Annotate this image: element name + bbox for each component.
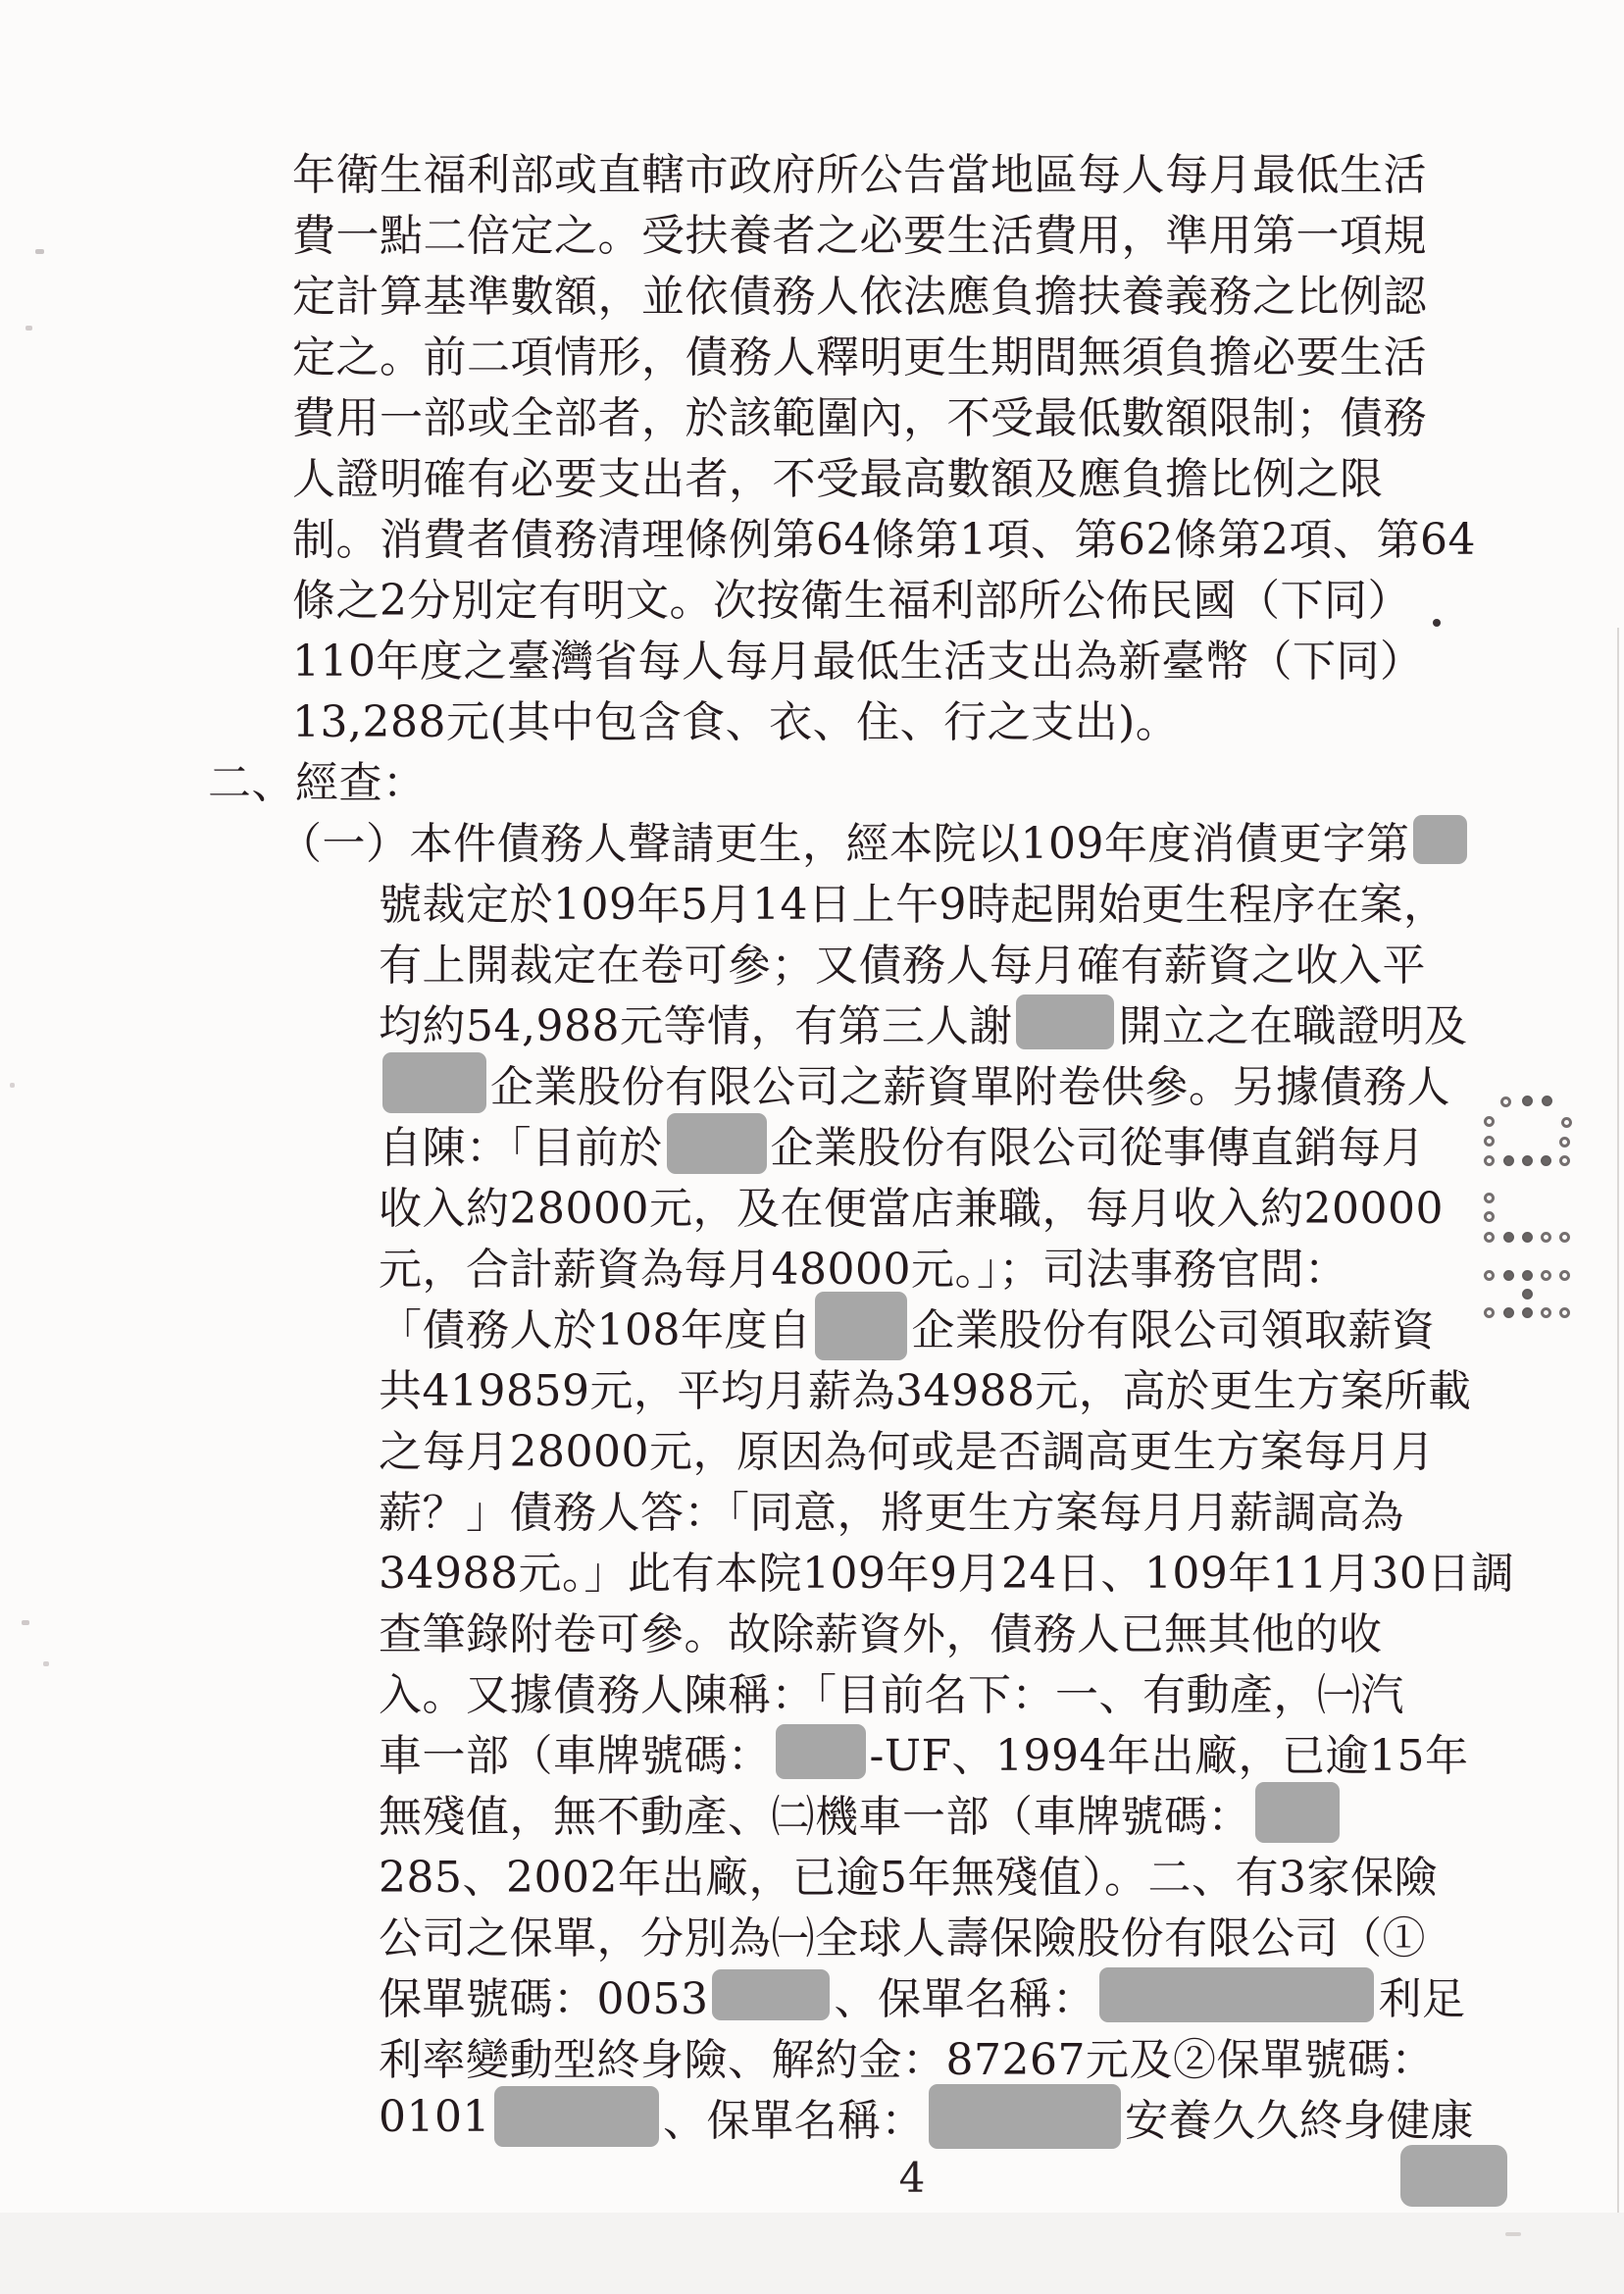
redaction-box <box>1413 815 1467 864</box>
redaction-box <box>929 2084 1121 2149</box>
text-run: 年衛生福利部或直轄市政府所公告當地區每人每月最低生活 <box>292 139 1427 202</box>
stamp-dot <box>1503 1155 1514 1166</box>
noise-speck <box>1505 2232 1521 2236</box>
document-line: 薪？」債務人答：「同意，將更生方案每月月薪調高為 <box>379 1478 1404 1539</box>
stamp-dot <box>1503 1270 1514 1281</box>
stamp-dot <box>1484 1193 1495 1203</box>
text-run: 二、經查： <box>208 747 427 810</box>
stamp-dot <box>1484 1307 1495 1318</box>
stamp-dot <box>1503 1307 1514 1318</box>
text-run: 查筆錄附卷可參。故除薪資外，債務人已無其他的收 <box>379 1599 1383 1661</box>
text-run: 保單號碼：0053 <box>379 1963 708 2026</box>
text-run: 定計算基準數額，並依債務人依法應負擔扶養義務之比例認 <box>292 261 1427 324</box>
text-run: 110年度之臺灣省每人每月最低生活支出為新臺幣（下同） <box>292 626 1423 688</box>
stamp-dot <box>1559 1270 1570 1281</box>
text-run: 制。消費者債務清理條例第64條第1項、第62條第2項、第64 <box>292 504 1476 567</box>
stamp-dot <box>1541 1270 1551 1281</box>
document-line: 13,288元(其中包含食、衣、住、行之支出)。 <box>292 688 1179 748</box>
noise-speck <box>25 326 32 331</box>
text-run: 開立之在職證明及 <box>1118 991 1467 1053</box>
document-line: 企業股份有限公司之薪資單附卷供參。另據債務人 <box>379 1052 1450 1113</box>
text-run: 薪？」債務人答：「同意，將更生方案每月月薪調高為 <box>379 1477 1404 1540</box>
document-line: 收入約28000元，及在便當店兼職，每月收入約20000 <box>379 1174 1444 1235</box>
stamp-dot <box>1484 1211 1495 1222</box>
redaction-box <box>1400 2145 1507 2207</box>
document-line: 利率變動型終身險、解約金：87267元及②保單號碼： <box>379 2025 1435 2086</box>
text-run: 13,288元(其中包含食、衣、住、行之支出)。 <box>292 687 1179 749</box>
redaction-box <box>712 1969 830 2020</box>
page-number: 4 <box>853 2154 971 2202</box>
text-run: 利足 <box>1378 1963 1465 2026</box>
text-run: 安養久久終身健康 <box>1125 2085 1474 2148</box>
stamp-dot <box>1484 1155 1495 1166</box>
text-run: 均約54,988元等情，有第三人謝 <box>379 991 1012 1053</box>
text-run: 企業股份有限公司之薪資單附卷供參。另據債務人 <box>490 1051 1450 1114</box>
document-line: 0101、保單名稱：安養久久終身健康 <box>379 2086 1474 2147</box>
text-run: 人證明確有必要支出者，不受最高數額及應負擔比例之限 <box>292 443 1384 506</box>
redaction-box <box>1099 1967 1374 2022</box>
noise-speck <box>22 1620 29 1625</box>
document-line: 共419859元，平均月薪為34988元，高於更生方案所載 <box>379 1356 1471 1417</box>
stamp-dot <box>1559 1232 1570 1243</box>
stamp-dot <box>1559 1137 1570 1147</box>
text-run: 車一部（車牌號碼： <box>379 1720 772 1783</box>
document-line: 有上開裁定在卷可參；又債務人每月確有薪資之收入平 <box>379 931 1426 992</box>
text-run: -UF、1994年出廠，已逾15年 <box>870 1720 1469 1783</box>
document-line: 之每月28000元，原因為何或是否調高更生方案每月月 <box>379 1417 1435 1478</box>
text-run: 元，合計薪資為每月48000元。」；司法事務官問： <box>379 1234 1347 1297</box>
redaction-box <box>1255 1782 1340 1843</box>
stamp-dot <box>1541 1155 1551 1166</box>
text-run: 利率變動型終身險、解約金：87267元及②保單號碼： <box>379 2024 1435 2087</box>
redaction-box <box>776 1724 866 1779</box>
stamp-dot <box>1522 1307 1533 1318</box>
document-line: 「債務人於108年度自企業股份有限公司領取薪資 <box>379 1296 1435 1356</box>
document-line: 入。又據債務人陳稱：「目前名下：一、有動產，㈠汽 <box>379 1660 1404 1721</box>
document-line: 二、經查： <box>208 748 427 809</box>
stamp-dot <box>1542 1096 1552 1106</box>
redaction-box <box>1016 994 1114 1049</box>
noise-speck <box>43 1661 49 1666</box>
document-line: 無殘值，無不動產、㈡機車一部（車牌號碼： <box>379 1782 1344 1843</box>
stamp-dot <box>1484 1232 1495 1243</box>
noise-speck <box>10 1083 15 1088</box>
stamp-dot <box>1522 1232 1533 1243</box>
text-run: 、保單名稱： <box>663 2085 925 2148</box>
stamp-dot <box>1559 1307 1570 1318</box>
document-line: 保單號碼：0053、保單名稱：利足 <box>379 1964 1465 2025</box>
document-line: 110年度之臺灣省每人每月最低生活支出為新臺幣（下同） <box>292 627 1423 688</box>
stamp-dot <box>1484 1270 1495 1281</box>
scan-edge-line <box>1617 628 1619 2294</box>
text-run: 34988元。」此有本院109年9月24日、109年11月30日調 <box>379 1538 1514 1601</box>
text-run: 企業股份有限公司領取薪資 <box>911 1295 1435 1357</box>
stamp-dot <box>1522 1096 1533 1106</box>
scanned-court-document-page: 4 年衛生福利部或直轄市政府所公告當地區每人每月最低生活費一點二倍定之。受扶養者… <box>0 0 1624 2294</box>
document-line: 元，合計薪資為每月48000元。」；司法事務官問： <box>379 1235 1347 1296</box>
text-run: 之每月28000元，原因為何或是否調高更生方案每月月 <box>379 1416 1435 1479</box>
redaction-box <box>667 1113 767 1174</box>
text-run: 收入約28000元，及在便當店兼職，每月收入約20000 <box>379 1173 1444 1236</box>
text-run: 0101 <box>379 2092 490 2142</box>
stamp-dot <box>1559 1155 1570 1166</box>
text-run: （一）本件債務人聲請更生，經本院以109年度消債更字第 <box>279 808 1409 871</box>
text-run: 定之。前二項情形，債務人釋明更生期間無須負擔必要生活 <box>292 322 1427 384</box>
document-line: 定計算基準數額，並依債務人依法應負擔扶養義務之比例認 <box>292 262 1427 323</box>
redaction-box <box>815 1292 907 1360</box>
text-run: 共419859元，平均月薪為34988元，高於更生方案所載 <box>379 1355 1471 1418</box>
text-run: 企業股份有限公司從事傳直銷每月 <box>771 1112 1426 1175</box>
document-line: 查筆錄附卷可參。故除薪資外，債務人已無其他的收 <box>379 1600 1383 1660</box>
noise-speck <box>1433 619 1441 627</box>
text-run: 自陳：「目前於 <box>379 1112 663 1175</box>
text-run: 費一點二倍定之。受扶養者之必要生活費用，準用第一項規 <box>292 200 1427 263</box>
text-run: 入。又據債務人陳稱：「目前名下：一、有動產，㈠汽 <box>379 1659 1404 1722</box>
scan-bottom-shade <box>0 2213 1624 2294</box>
stamp-dot <box>1500 1096 1511 1107</box>
document-line: 自陳：「目前於企業股份有限公司從事傳直銷每月 <box>379 1113 1425 1174</box>
text-run: 「債務人於108年度自 <box>379 1295 811 1357</box>
text-run: 費用一部或全部者，於該範圍內，不受最低數額限制；債務 <box>292 382 1427 445</box>
stamp-dot <box>1561 1117 1572 1128</box>
text-run: 、保單名稱： <box>834 1963 1095 2026</box>
stamp-dot <box>1522 1270 1533 1281</box>
stamp-dot <box>1522 1155 1533 1166</box>
text-run: 有上開裁定在卷可參；又債務人每月確有薪資之收入平 <box>379 930 1426 993</box>
stamp-dot <box>1541 1232 1551 1243</box>
document-line: 年衛生福利部或直轄市政府所公告當地區每人每月最低生活 <box>292 140 1427 201</box>
text-run: 285、2002年出廠，已逾5年無殘值）。二、有3家保險 <box>379 1842 1438 1905</box>
document-line: 條之2分別定有明文。次按衛生福利部所公佈民國（下同） <box>292 566 1411 627</box>
text-run: 公司之保單，分別為㈠全球人壽保險股份有限公司（① <box>379 1903 1426 1965</box>
stamp-dot <box>1484 1136 1495 1147</box>
redaction-box <box>494 2086 659 2147</box>
stamp-dot <box>1484 1116 1495 1127</box>
document-line: 費用一部或全部者，於該範圍內，不受最低數額限制；債務 <box>292 383 1427 444</box>
text-run: 條之2分別定有明文。次按衛生福利部所公佈民國（下同） <box>292 565 1411 628</box>
document-line: 285、2002年出廠，已逾5年無殘值）。二、有3家保險 <box>379 1843 1438 1904</box>
document-line: 費一點二倍定之。受扶養者之必要生活費用，準用第一項規 <box>292 201 1427 262</box>
text-run: 無殘值，無不動產、㈡機車一部（車牌號碼： <box>379 1781 1251 1844</box>
text-run: 號裁定於109年5月14日上午9時起開始更生程序在案， <box>379 869 1446 932</box>
stamp-dot <box>1503 1232 1514 1243</box>
redaction-box <box>382 1052 486 1113</box>
document-line: 定之。前二項情形，債務人釋明更生期間無須負擔必要生活 <box>292 323 1427 383</box>
document-line: 均約54,988元等情，有第三人謝開立之在職證明及 <box>379 992 1467 1052</box>
document-line: 號裁定於109年5月14日上午9時起開始更生程序在案， <box>379 870 1446 931</box>
document-line: （一）本件債務人聲請更生，經本院以109年度消債更字第 <box>279 809 1471 870</box>
document-line: 人證明確有必要支出者，不受最高數額及應負擔比例之限 <box>292 444 1384 505</box>
stamp-dot <box>1541 1307 1551 1318</box>
document-line: 制。消費者債務清理條例第64條第1項、第62條第2項、第64 <box>292 505 1476 566</box>
document-line: 車一部（車牌號碼：-UF、1994年出廠，已逾15年 <box>379 1721 1468 1782</box>
noise-speck <box>35 249 44 254</box>
document-line: 34988元。」此有本院109年9月24日、109年11月30日調 <box>379 1539 1514 1600</box>
stamp-dot <box>1522 1289 1533 1300</box>
document-line: 公司之保單，分別為㈠全球人壽保險股份有限公司（① <box>379 1904 1426 1964</box>
